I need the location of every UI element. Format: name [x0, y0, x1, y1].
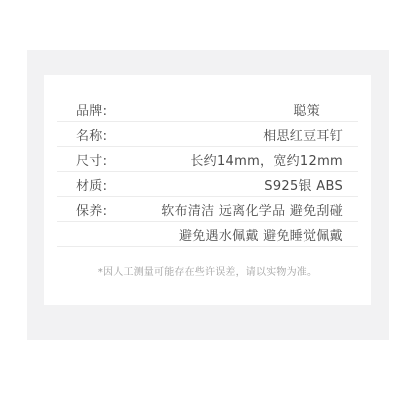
- spec-row-material: 材质: S925银 ABS: [57, 172, 358, 197]
- spec-row-brand: 品牌: 聪策: [57, 97, 358, 122]
- spec-value-care: 软布清洁 远离化学品 避免刮碰: [161, 200, 358, 219]
- measurement-disclaimer-note: *因人工测量可能存在些许误差，请以实物为准。: [44, 263, 371, 278]
- spec-label-size: 尺寸:: [57, 150, 107, 169]
- product-spec-frame: 品牌: 聪策 名称: 相思红豆耳钉 尺寸: 长约14mm，宽约12mm 材质: …: [27, 50, 389, 340]
- spec-label-brand: 品牌:: [57, 100, 107, 119]
- spec-label-name: 名称:: [57, 125, 107, 144]
- spec-value-brand: 聪策: [293, 100, 358, 119]
- spec-label-care: 保养:: [57, 200, 107, 219]
- spec-value-care-continued: 避免遇水佩戴 避免睡觉佩戴: [179, 225, 358, 244]
- spec-value-size: 长约14mm，宽约12mm: [190, 150, 358, 169]
- spec-row-care-continued: 避免遇水佩戴 避免睡觉佩戴: [57, 222, 358, 247]
- spec-table: 品牌: 聪策 名称: 相思红豆耳钉 尺寸: 长约14mm，宽约12mm 材质: …: [57, 97, 358, 247]
- spec-row-name: 名称: 相思红豆耳钉: [57, 122, 358, 147]
- spec-label-material: 材质:: [57, 175, 107, 194]
- product-spec-card: 品牌: 聪策 名称: 相思红豆耳钉 尺寸: 长约14mm，宽约12mm 材质: …: [44, 75, 371, 305]
- spec-row-size: 尺寸: 长约14mm，宽约12mm: [57, 147, 358, 172]
- spec-value-material: S925银 ABS: [264, 175, 358, 194]
- spec-row-care: 保养: 软布清洁 远离化学品 避免刮碰: [57, 197, 358, 222]
- spec-value-name: 相思红豆耳钉: [263, 125, 358, 144]
